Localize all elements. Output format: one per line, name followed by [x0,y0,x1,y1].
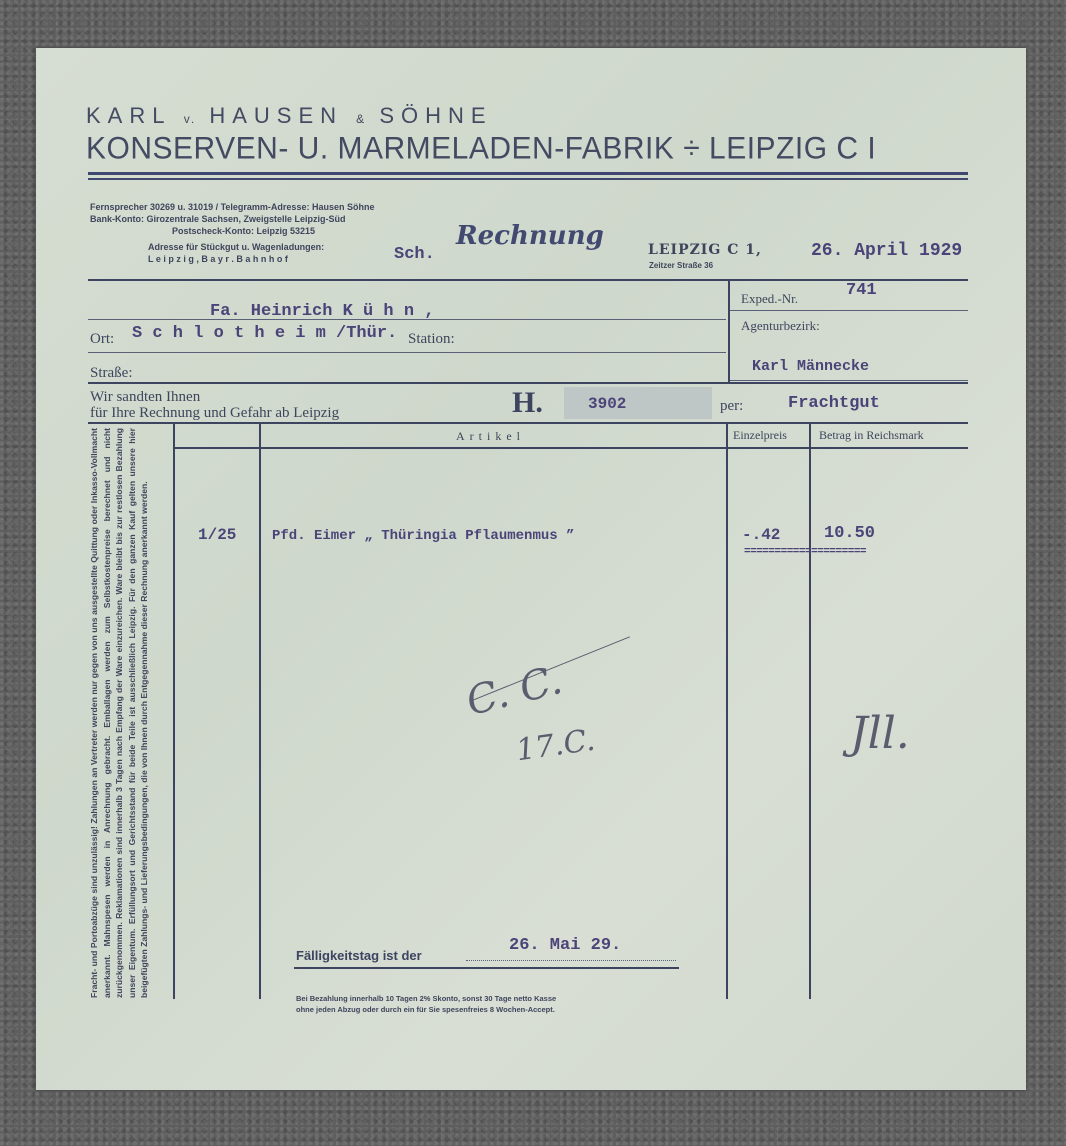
shipment-number-box [564,387,712,419]
invoice-document: KARL v. HAUSEN & SÖHNE KONSERVEN- U. MAR… [36,48,1026,1090]
header-rule-bottom [88,178,968,180]
shipment-number: 3902 [588,395,626,413]
shipment-line-1: Wir sandten Ihnen [90,389,200,406]
payment-terms-line-1: Bei Bezahlung innerhalb 10 Tagen 2% Skon… [296,993,556,1004]
side-terms-text: Fracht- und Portoabzüge sind unzulässig!… [88,428,151,998]
station-label: Station: [408,331,455,348]
item-amount: 10.50 [824,524,875,543]
issuer-city: LEIPZIG C 1, [648,242,762,258]
address-block-top-rule [88,279,968,281]
column-header-artikel: Artikel [456,429,525,444]
due-date-value: 26. Mai 29. [509,936,621,955]
freight-address: L e i p z i g , B a y r . B a h n h o f [148,254,288,264]
shipment-mark: H. [512,386,543,420]
payment-terms: Bei Bezahlung innerhalb 10 Tagen 2% Skon… [296,993,556,1015]
company-name-v: v. [184,112,196,126]
column-header-betrag: Betrag in Reichsmark [819,428,924,443]
header-rule-top [88,172,968,175]
due-date-dotted-line [466,960,676,961]
company-name-hausen: HAUSEN [209,103,343,128]
clerk-initials: Sch. [394,245,435,264]
bank-line: Bank-Konto: Girozentrale Sachsen, Zweigs… [90,214,346,224]
company-name-sons: SÖHNE [379,103,492,128]
postcheck-line: Postscheck-Konto: Leipzig 53215 [172,226,315,236]
item-unit-price: -.42 [742,526,780,544]
agentur-label: Agenturbezirk: [741,318,820,334]
invoice-title: Rechnung [456,221,604,251]
handwritten-signature: Jll. [850,708,910,759]
payment-terms-line-2: ohne jeden Abzug oder durch ein für Sie … [296,1004,556,1015]
handwritten-date-note: 17.C. [514,723,597,769]
table-left-border [173,424,175,999]
item-quantity: 1/25 [198,526,236,544]
issuer-street: Zeitzer Straße 36 [649,261,713,270]
ort-value: S c h l o t h e i m /Thür. [132,324,397,343]
freight-address-label: Adresse für Stückgut u. Wagenladungen: [148,242,324,252]
company-name-first: KARL [86,103,171,128]
shipment-line-2: für Ihre Rechnung und Gefahr ab Leipzig [90,405,339,422]
per-value: Frachtgut [788,394,880,413]
unitprice-col-border [809,424,811,999]
address-block-bottom-rule [88,382,968,384]
company-name-amp: & [356,112,366,126]
company-name: KARL v. HAUSEN & SÖHNE [86,103,493,129]
strasse-label: Straße: [90,365,133,382]
article-col-border [726,424,728,999]
due-date-label: Fälligkeitstag ist der [296,948,422,963]
agentur-value: Karl Männecke [752,358,869,375]
company-business-line: KONSERVEN- U. MARMELADEN-FABRIK ÷ LEIPZI… [86,131,876,167]
address-block-divider [728,279,730,382]
table-header-rule [175,447,968,449]
ort-line [88,352,726,353]
exped-number: 741 [846,281,877,300]
column-header-einzelpreis: Einzelpreis [733,428,787,443]
table-top-rule [88,422,968,424]
qty-col-border [259,424,261,999]
ort-label: Ort: [90,331,114,348]
recipient-name: Fa. Heinrich K ü h n , [210,302,434,321]
agentur-line [730,380,968,381]
phone-line: Fernsprecher 30269 u. 31019 / Telegramm-… [90,202,374,212]
per-label: per: [720,398,743,415]
invoice-date: 26. April 1929 [811,241,962,261]
item-article: Pfd. Eimer „ Thüringia Pflaumenmus ” [272,528,574,544]
total-double-underline: ==================== [744,546,866,558]
exped-label: Exped.-Nr. [741,291,798,307]
exped-line [730,310,968,311]
due-date-rule [294,967,679,969]
